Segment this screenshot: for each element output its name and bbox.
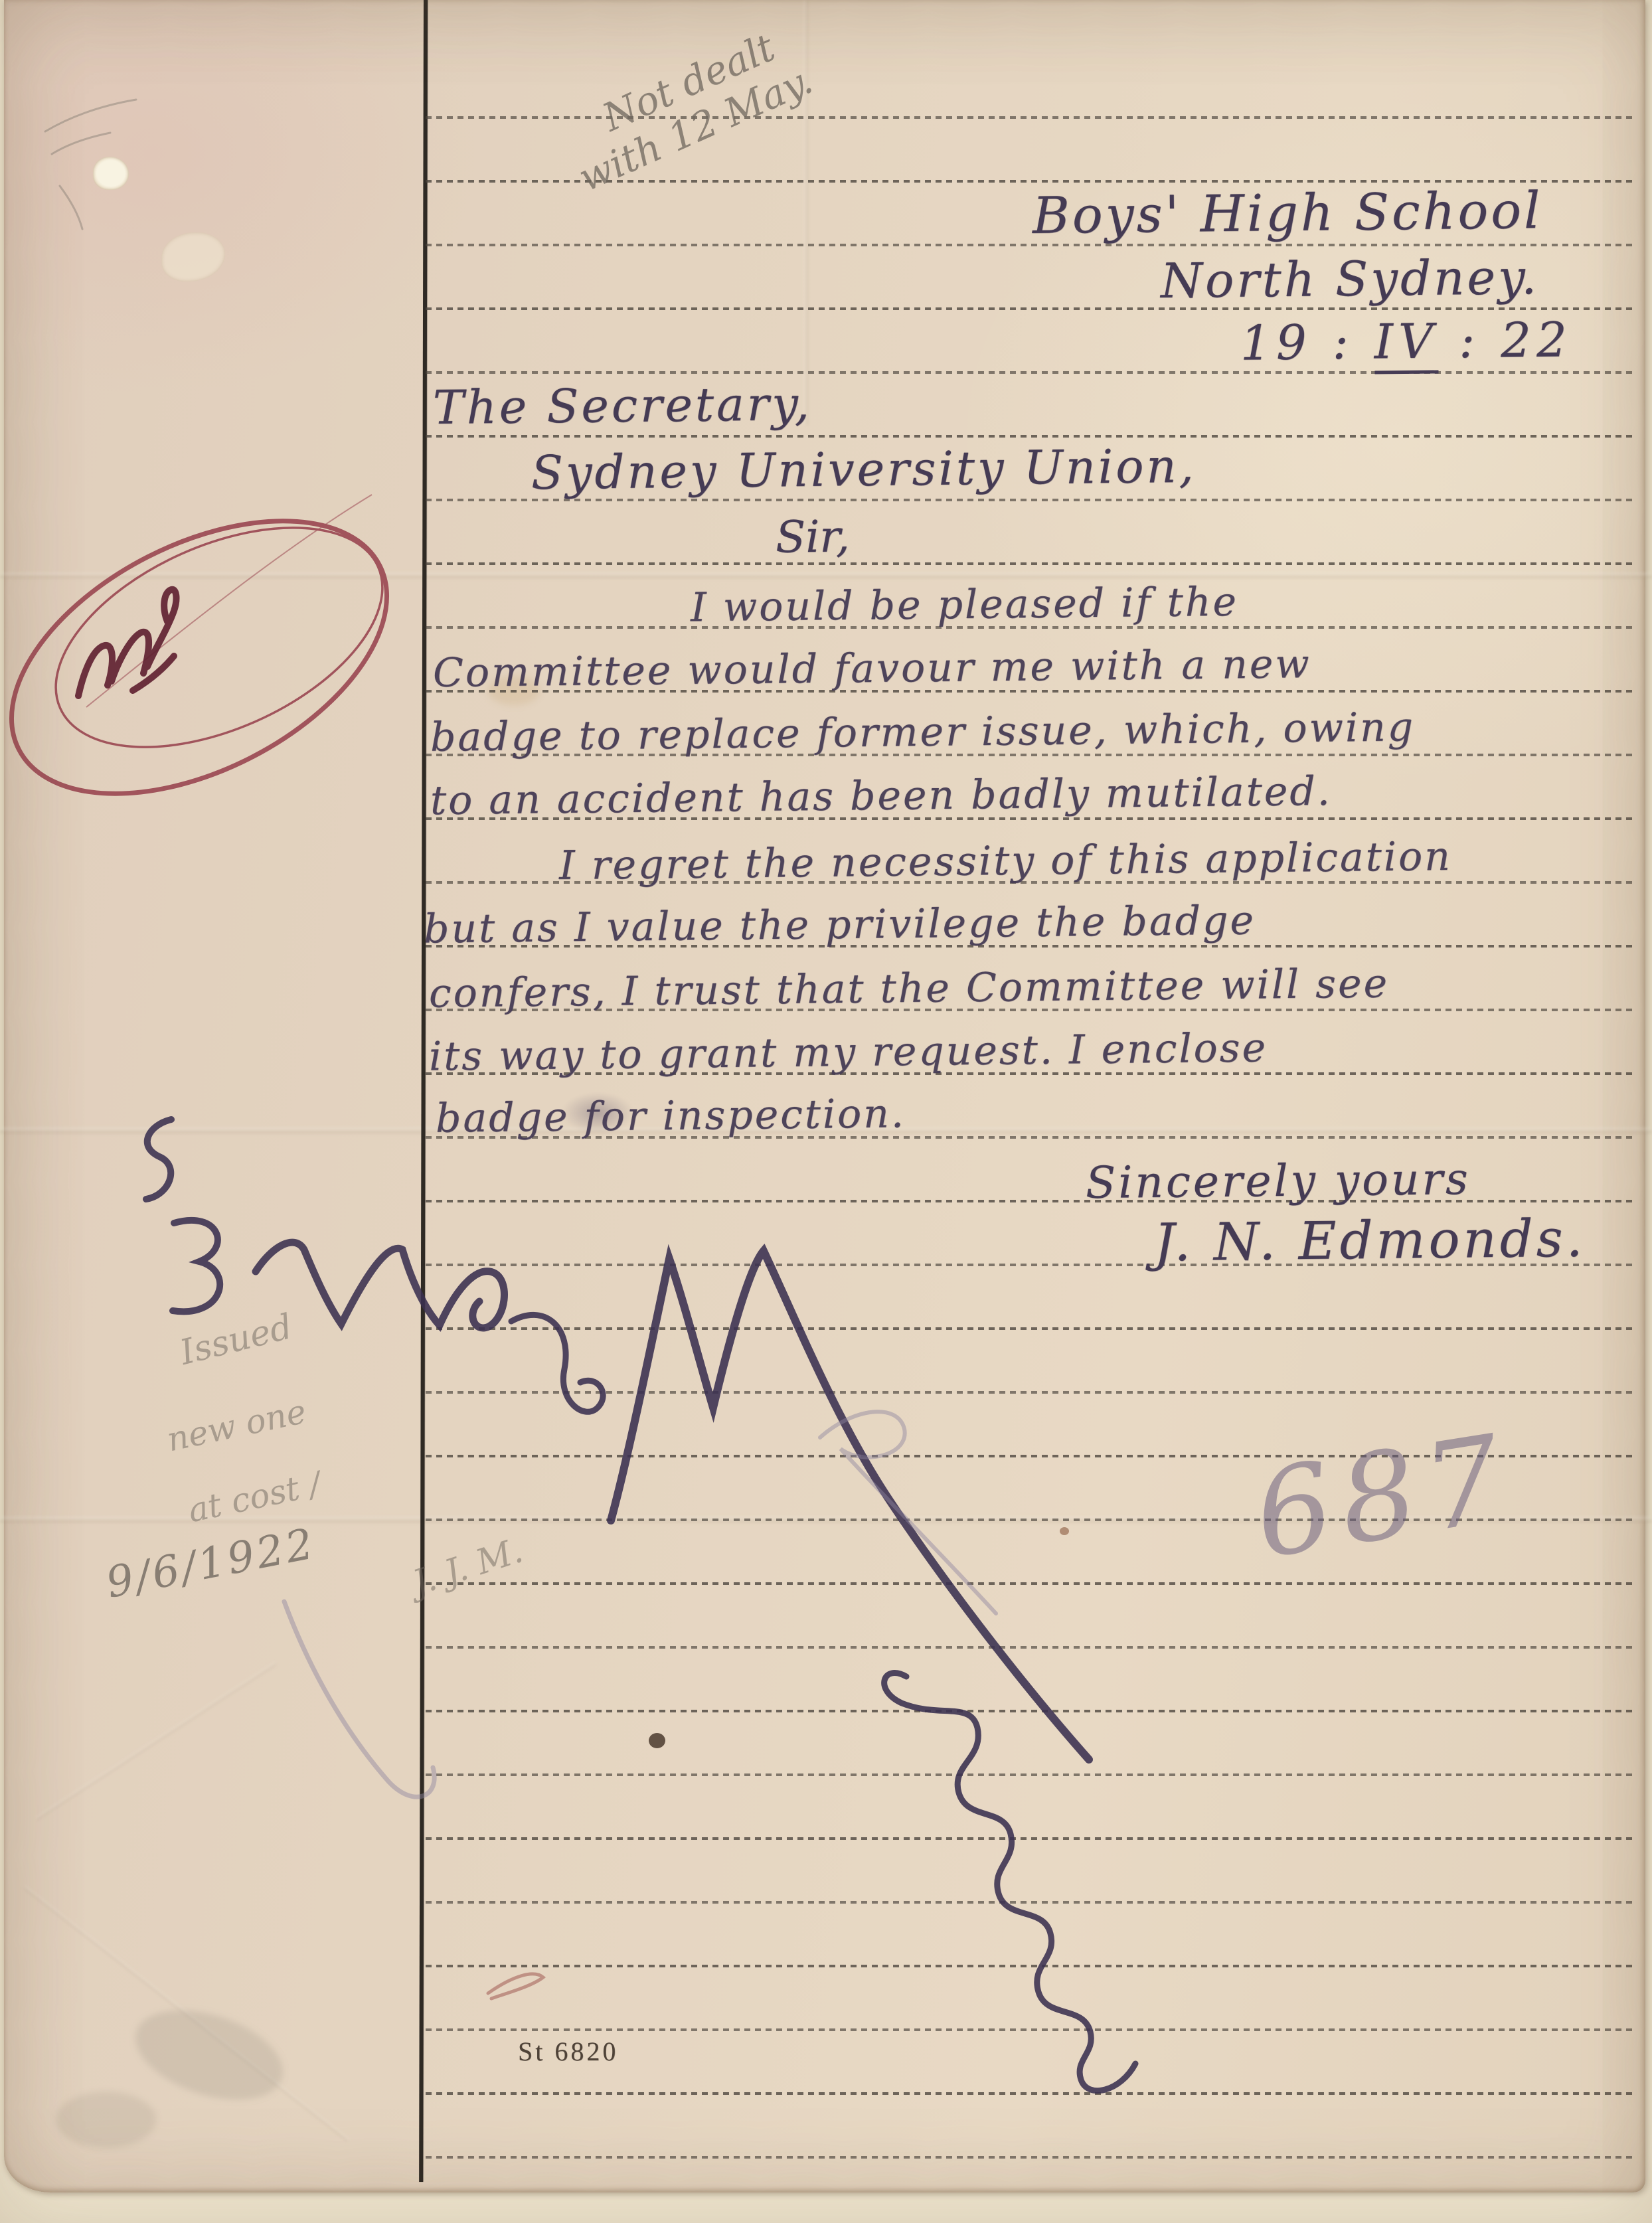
ruled-line xyxy=(426,1965,1632,1967)
fold-crease xyxy=(803,0,808,425)
valediction: Sincerely yours xyxy=(1086,1153,1471,1208)
punch-hole xyxy=(93,157,129,190)
letterhead-school: Boys' High School xyxy=(1032,181,1543,245)
body-line: to an accident has been badly mutilated. xyxy=(430,768,1332,824)
ink-spot xyxy=(649,1733,665,1748)
smudge-stain xyxy=(56,2092,156,2148)
body-line: I regret the necessity of this applicati… xyxy=(559,833,1452,889)
ruled-line xyxy=(426,1391,1632,1394)
ruled-line xyxy=(426,562,1632,565)
printed-form-number: St 6820 xyxy=(518,2036,618,2067)
letter-date: 19 : IV : 22 xyxy=(1240,311,1573,370)
signature: J. N. Edmonds. xyxy=(1154,1209,1586,1274)
scanned-letter-page: St 6820 Boys' High School North Sydney. … xyxy=(0,0,1652,2223)
ruled-line xyxy=(426,435,1632,438)
recipient-organisation: Sydney University Union, xyxy=(531,439,1197,500)
fox-spot xyxy=(1060,1527,1069,1535)
body-line: but as I value the privilege the badge xyxy=(424,897,1256,952)
ruled-line xyxy=(426,1773,1632,1776)
ruled-line xyxy=(426,2028,1632,2031)
ruled-line xyxy=(426,1710,1632,1712)
salutation: Sir, xyxy=(776,511,850,562)
letterhead-place: North Sydney. xyxy=(1161,249,1540,309)
date-day: 19 xyxy=(1240,314,1312,370)
body-line: its way to grant my request. I enclose xyxy=(429,1025,1268,1080)
body-line: Committee would favour me with a new xyxy=(433,641,1311,697)
date-separator: : xyxy=(1459,313,1481,369)
ruled-line xyxy=(426,1646,1632,1649)
date-month-roman: IV xyxy=(1374,313,1438,374)
date-separator: : xyxy=(1332,314,1354,370)
body-line: I would be pleased if the xyxy=(691,579,1239,631)
ruled-line xyxy=(426,371,1632,374)
ruled-line xyxy=(426,2156,1632,2159)
ruled-line xyxy=(426,1837,1632,1840)
ruled-line xyxy=(426,244,1632,246)
ruled-line xyxy=(426,1582,1632,1585)
date-year: 22 xyxy=(1501,311,1572,368)
ruled-line xyxy=(426,307,1632,310)
body-line: badge for inspection. xyxy=(436,1090,906,1141)
ruled-line xyxy=(426,1327,1632,1330)
ruled-line xyxy=(426,2092,1632,2095)
recipient-title: The Secretary, xyxy=(433,376,813,435)
ruled-line xyxy=(426,1901,1632,1904)
fold-crease xyxy=(0,572,1652,578)
